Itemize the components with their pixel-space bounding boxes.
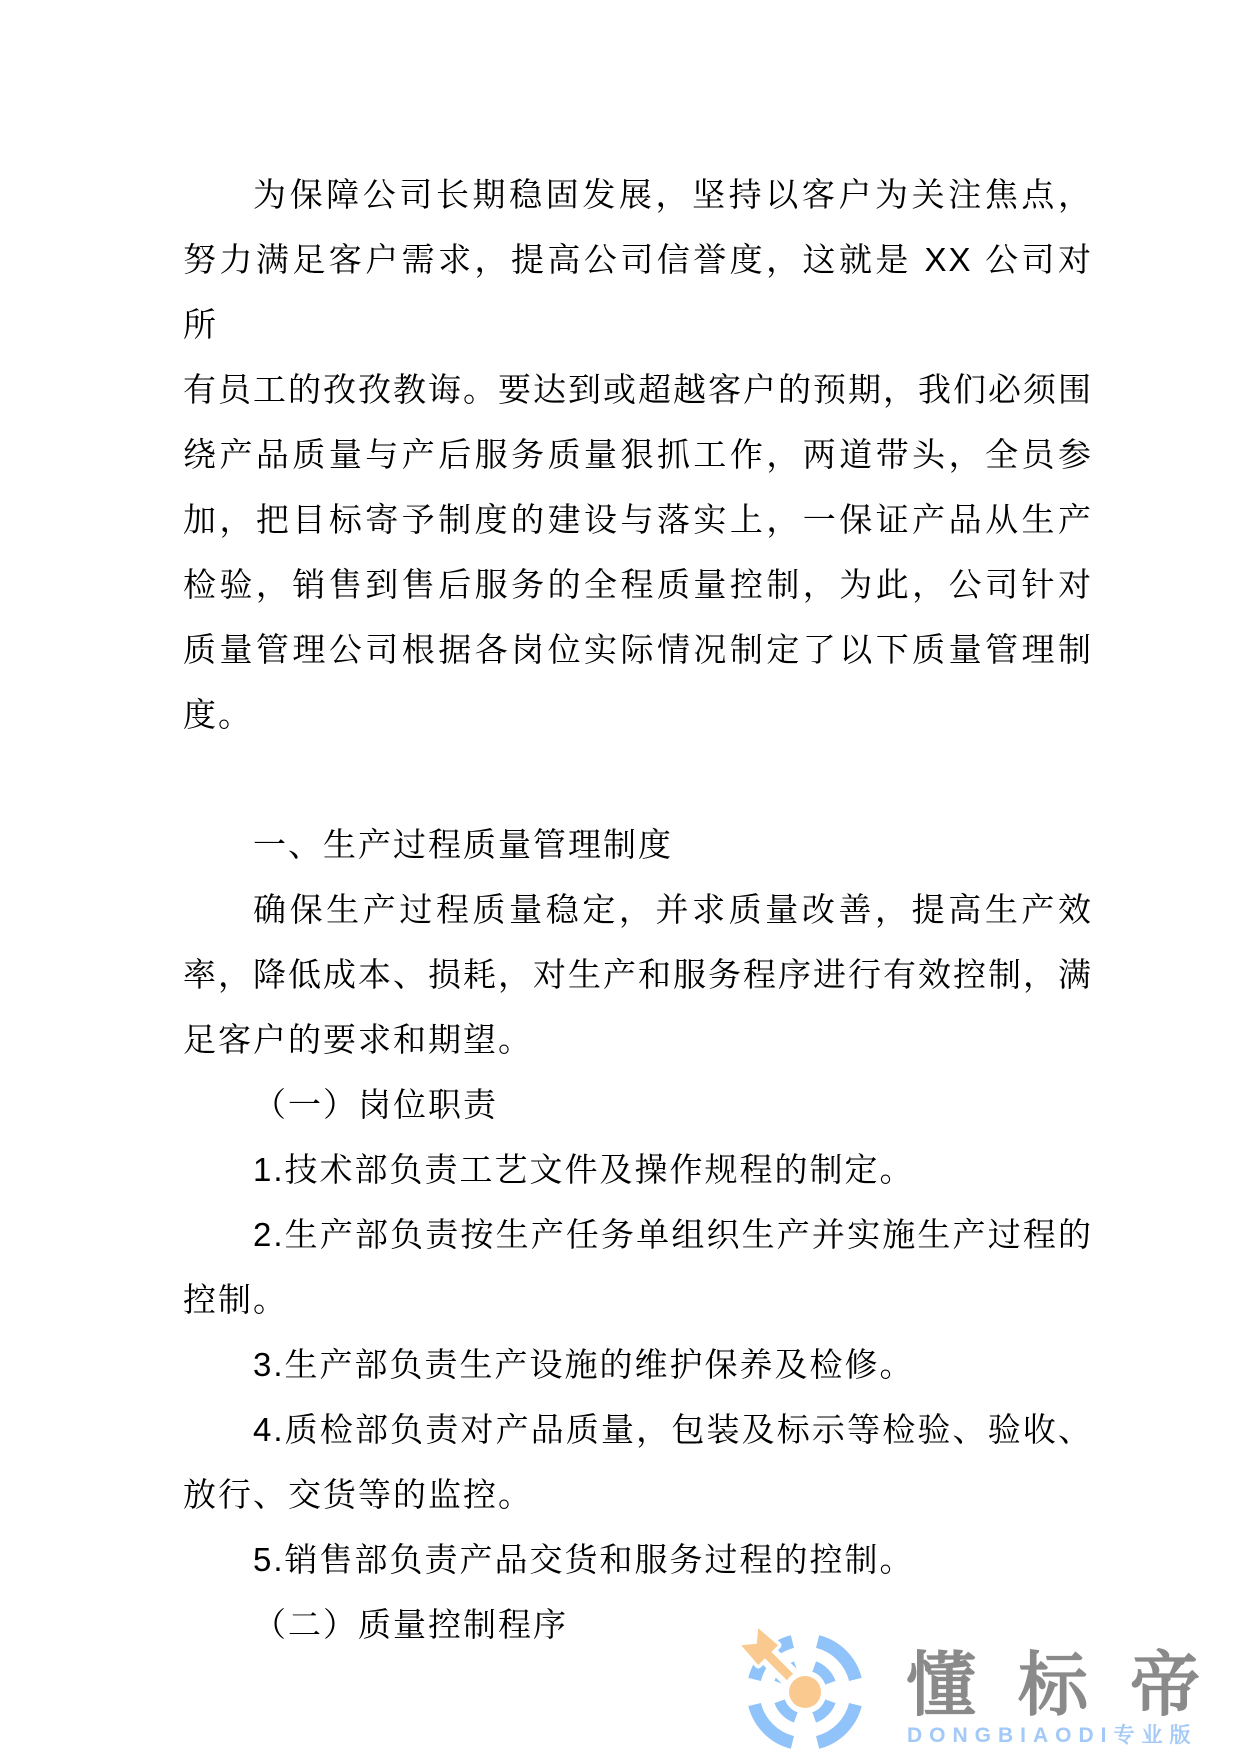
subsection-heading: （一）岗位职责 <box>183 1072 1093 1137</box>
list-item-line: 1.技术部负责工艺文件及操作规程的制定。 <box>183 1137 1093 1202</box>
document-text: 为保障公司长期稳固发展，坚持以客户为关注焦点，努力满足客户需求，提高公司信誉度，… <box>183 162 1093 1657</box>
intro-paragraph-line: 加，把目标寄予制度的建设与落实上，一保证产品从生产 <box>183 487 1093 552</box>
intro-paragraph-line: 度。 <box>183 682 1093 747</box>
intro-paragraph-line: 检验，销售到售后服务的全程质量控制，为此，公司针对 <box>183 552 1093 617</box>
intro-paragraph-line: 为保障公司长期稳固发展，坚持以客户为关注焦点， <box>183 162 1093 227</box>
document-page: 为保障公司长期稳固发展，坚持以客户为关注焦点，努力满足客户需求，提高公司信誉度，… <box>0 0 1241 1754</box>
section-paragraph-line: 确保生产过程质量稳定，并求质量改善，提高生产效 <box>183 877 1093 942</box>
section-heading: 一、生产过程质量管理制度 <box>183 812 1093 877</box>
list-item-line: 4.质检部负责对产品质量，包装及标示等检验、验收、 <box>183 1397 1093 1462</box>
watermark-caption: DONGBIAODI专业版 <box>907 1724 1198 1748</box>
section-paragraph-line: 足客户的要求和期望。 <box>183 1007 1093 1072</box>
list-item-line: 放行、交货等的监控。 <box>183 1462 1093 1527</box>
intro-paragraph-line: 有员工的孜孜教诲。要达到或超越客户的预期，我们必须围 <box>183 357 1093 422</box>
list-item-line: 5.销售部负责产品交货和服务过程的控制。 <box>183 1527 1093 1592</box>
intro-paragraph-line: 努力满足客户需求，提高公司信誉度，这就是 XX 公司对所 <box>183 227 1093 357</box>
blank-line <box>183 747 1093 812</box>
subsection-heading: （二）质量控制程序 <box>183 1592 1093 1657</box>
section-paragraph-line: 率，降低成本、损耗，对生产和服务程序进行有效控制，满 <box>183 942 1093 1007</box>
list-item-line: 控制。 <box>183 1267 1093 1332</box>
list-item-line: 2.生产部负责按生产任务单组织生产并实施生产过程的 <box>183 1202 1093 1267</box>
watermark-brand-name: 懂标帝 <box>906 1650 1241 1720</box>
list-item-line: 3.生产部负责生产设施的维护保养及检修。 <box>183 1332 1093 1397</box>
intro-paragraph-line: 绕产品质量与产后服务质量狠抓工作，两道带头，全员参 <box>183 422 1093 487</box>
intro-paragraph-line: 质量管理公司根据各岗位实际情况制定了以下质量管理制 <box>183 617 1093 682</box>
